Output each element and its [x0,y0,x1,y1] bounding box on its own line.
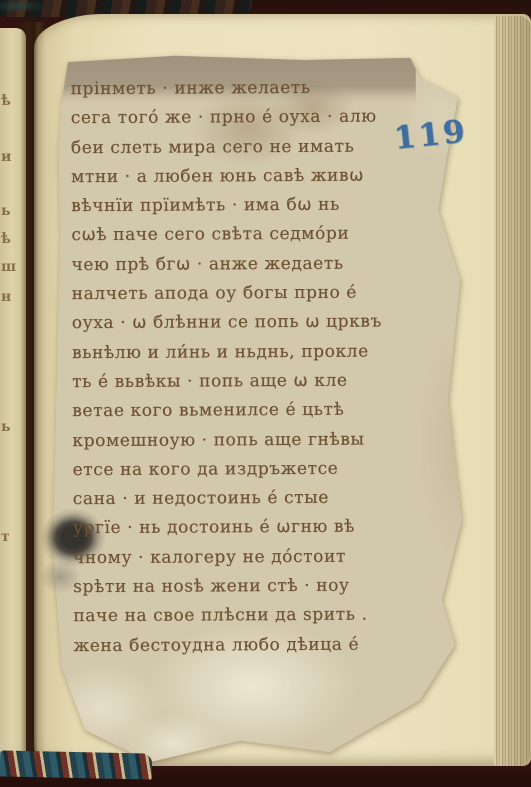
text-line: прінметь · инже желаеть [70,73,472,104]
text-line: налчеть апода оу богы прно е́ [72,278,474,309]
bleedthrough-fragment: н [1,290,17,304]
text-line: чею прѣ бгѡ · анже жедаеть [71,249,473,280]
text-line: мтни · а любен юнь савѣ живѡ [71,161,473,192]
bleedthrough-fragment: ш [1,260,17,274]
text-line: оуха · ѡ блѣнни се попь ѡ црквъ [72,307,474,338]
text-line: паче на свое плѣсни да ѕрить . [73,600,475,631]
headband-bottom [0,750,152,779]
bleedthrough-fragment: ѣ [1,94,17,108]
page-number-stamp: 119 [392,108,472,162]
text-line: кромешноую · попь аще гнѣвы [72,425,474,456]
text-line: сана · и недостоинь е́ стые [73,483,475,514]
text-line: вѣчнїи прїимѣть · има бѡ нь [71,190,473,221]
bleedthrough-fragment: и [1,150,17,164]
book-photo: { "document": { "page_number_stamp": "11… [0,0,531,787]
bleedthrough-fragment: ѣ [1,232,17,246]
bleedthrough-fragment: т [1,530,17,544]
text-line: ургїе · нь достоинь е́ ѡгню вѣ [73,512,475,543]
text-line: вьнѣлю и ли́нь и ньднь, прокле [72,337,474,368]
text-line: ѕрѣти на ноѕѣ жени стѣ · ноу [73,571,475,602]
text-line: ветае кого вьменилсе е́ цьтѣ [72,395,474,426]
gutter-shadow [20,22,46,770]
text-line: жена бестоудна любо дѣица е́ [73,630,475,661]
bleedthrough-fragment: ь [1,204,17,218]
text-line: сѡѣ паче сего свѣта седмо́ри [71,219,473,250]
text-line: чному · калогеру не до́стоит [73,542,475,573]
text-line: етсе на кого да издръжетсе [72,454,474,485]
text-block: прінметь · инже желаеть сега того́ же · … [70,73,475,661]
fore-edge-pages [494,16,531,766]
text-line: ть е́ вьвѣкы · попь аще ѡ кле [72,366,474,397]
bleedthrough-fragment: ь [1,420,17,434]
